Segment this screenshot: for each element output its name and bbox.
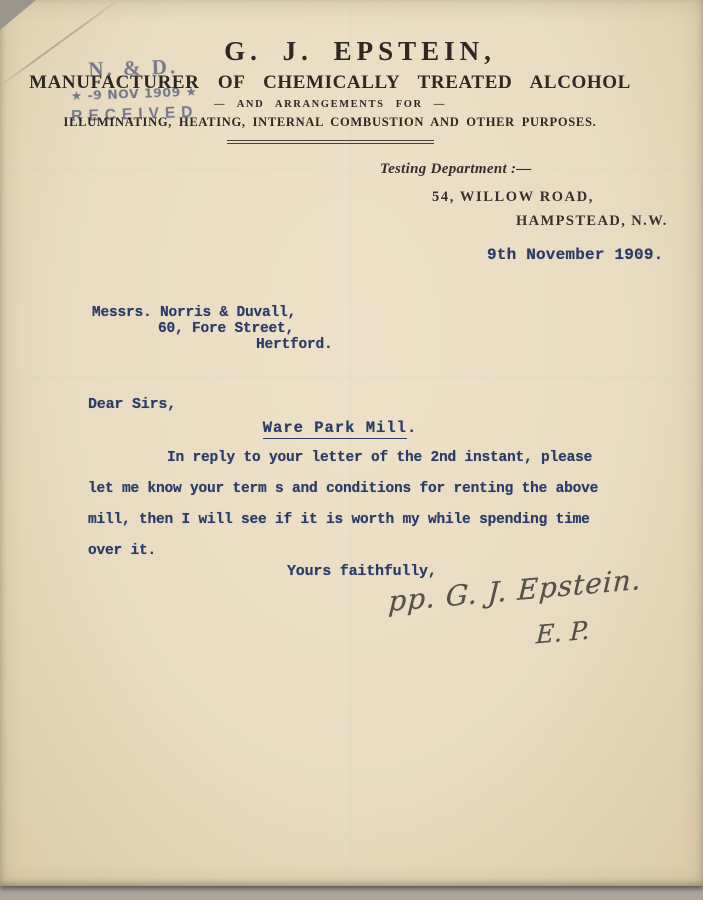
signature-initials: E. P.: [535, 616, 590, 650]
letterhead-divider-rule: [227, 140, 434, 144]
subject-line: Ware Park Mill.: [0, 419, 680, 437]
body-line-2: let me know your term s and conditions f…: [88, 481, 598, 497]
company-tagline: MANUFACTURER OF CHEMICALLY TREATED ALCOH…: [0, 72, 660, 94]
sender-address-street: 54, WILLOW ROAD,: [432, 189, 594, 206]
recipient-name: Messrs. Norris & Duvall,: [92, 305, 296, 321]
purposes-line: ILLUMINATING, HEATING, INTERNAL COMBUSTI…: [0, 115, 660, 130]
body-line-3: mill, then I will see if it is worth my …: [88, 512, 590, 528]
subject-text: Ware Park Mill: [263, 419, 407, 439]
recipient-street: 60, Fore Street,: [158, 321, 294, 337]
company-name: G. J. EPSTEIN,: [10, 36, 703, 67]
upper-fold-crease: [0, 168, 703, 171]
sender-address-city: HAMPSTEAD, N.W.: [516, 213, 668, 230]
letter-paper: G. J. EPSTEIN, MANUFACTURER OF CHEMICALL…: [0, 0, 703, 886]
middle-fold-crease: [0, 376, 703, 379]
recipient-town: Hertford.: [256, 337, 333, 353]
center-fold-crease: [349, 0, 352, 886]
folded-corner: [0, 0, 36, 30]
body-line-1: In reply to your letter of the 2nd insta…: [167, 450, 592, 466]
body-line-4: over it.: [88, 543, 156, 559]
subject-period: .: [407, 419, 417, 437]
letter-date: 9th November 1909.: [487, 246, 663, 264]
closing-line: Yours faithfully,: [287, 563, 437, 580]
testing-department-label: Testing Department :—: [380, 161, 532, 178]
salutation: Dear Sirs,: [88, 396, 176, 413]
arrangements-line: — AND ARRANGEMENTS FOR —: [0, 99, 660, 110]
